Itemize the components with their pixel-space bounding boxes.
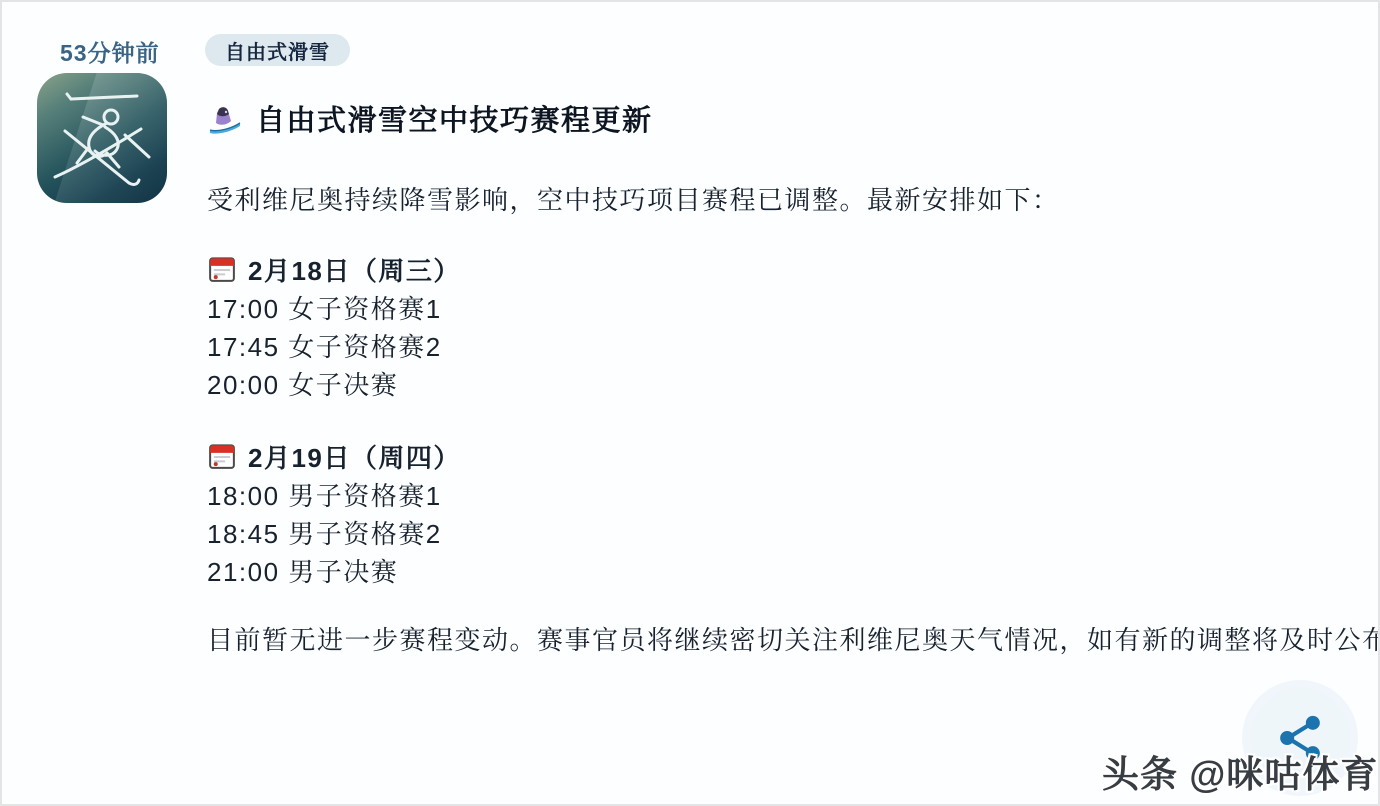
calendar-icon (207, 441, 237, 471)
schedule-row: 18:45 男子资格赛2 (207, 513, 461, 551)
post-card: 53分钟前 自由式滑雪 (0, 0, 1380, 806)
avatar[interactable] (37, 73, 167, 203)
schedule-date: 2月18日（周三） (207, 250, 461, 288)
calendar-icon (207, 254, 237, 284)
schedule-date-label: 2月19日（周四） (248, 438, 461, 475)
watermark: 头条 @咪咕体育 (1102, 744, 1378, 798)
outro-paragraph: 目前暂无进一步赛程变动。赛事官员将继续密切关注利维尼奥天气情况，如有新的调整将及… (207, 621, 1380, 659)
schedule-row: 21:00 男子决赛 (207, 551, 461, 589)
category-tag[interactable]: 自由式滑雪 (205, 34, 350, 66)
schedule-row: 20:00 女子决赛 (207, 364, 461, 402)
freestyle-skier-icon (37, 73, 167, 203)
schedule-block-day2: 2月19日（周四） 18:00 男子资格赛1 18:45 男子资格赛2 21:0… (207, 437, 461, 589)
intro-paragraph: 受利维尼奥持续降雪影响，空中技巧项目赛程已调整。最新安排如下： (207, 181, 1060, 219)
ski-icon (207, 101, 243, 137)
schedule-row: 17:00 女子资格赛1 (207, 288, 461, 326)
schedule-block-day1: 2月18日（周三） 17:00 女子资格赛1 17:45 女子资格赛2 20:0… (207, 250, 461, 402)
timestamp: 53分钟前 (60, 35, 160, 68)
schedule-row: 17:45 女子资格赛2 (207, 326, 461, 364)
schedule-date-label: 2月18日（周三） (248, 251, 461, 288)
title-row: 自由式滑雪空中技巧赛程更新 (207, 98, 653, 139)
schedule-row: 18:00 男子资格赛1 (207, 475, 461, 513)
post-title: 自由式滑雪空中技巧赛程更新 (256, 98, 653, 139)
schedule-date: 2月19日（周四） (207, 437, 461, 475)
